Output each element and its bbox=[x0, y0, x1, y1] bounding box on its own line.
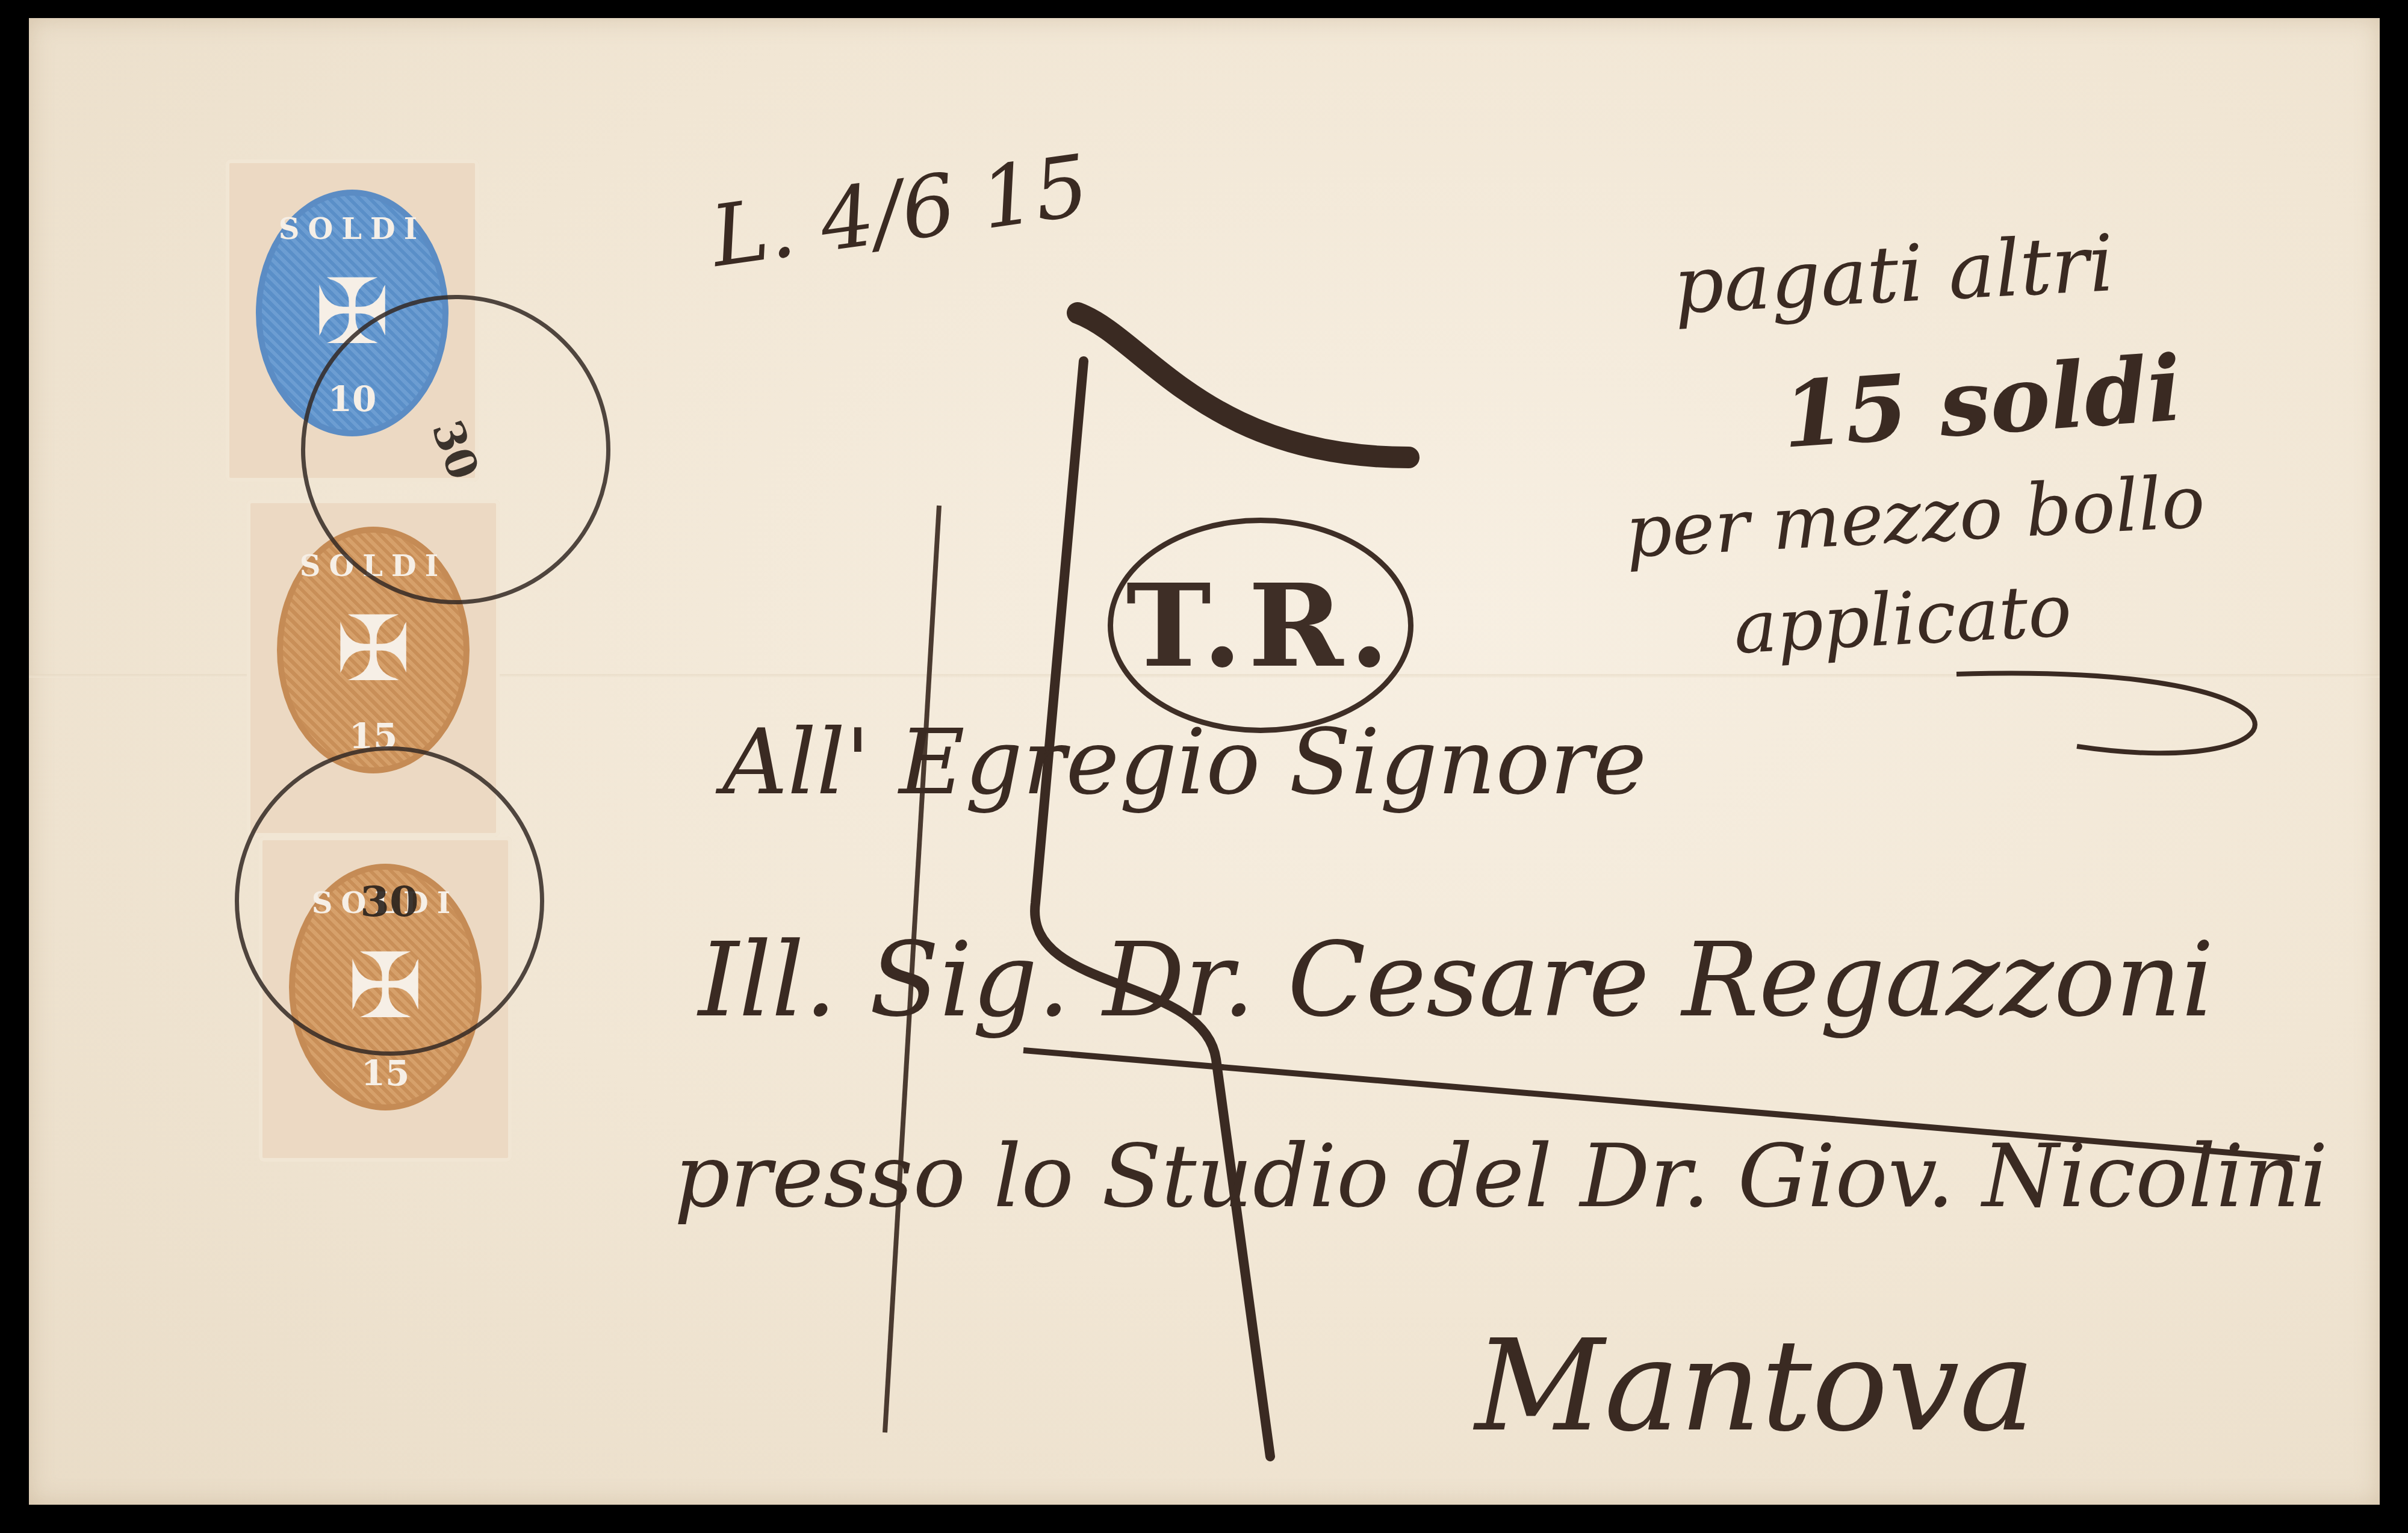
address-line-2: Ill. Sig. Dr. Cesare Regazzoni bbox=[698, 921, 2214, 1040]
address-line-3: presso lo Studio del Dr. Giov. Nicolini bbox=[674, 1126, 2328, 1227]
note-line-4: applicato bbox=[1732, 569, 2074, 670]
address-line-1: All' Egregio Signore bbox=[722, 710, 1646, 815]
address-city: Mantova bbox=[1475, 1312, 2035, 1460]
